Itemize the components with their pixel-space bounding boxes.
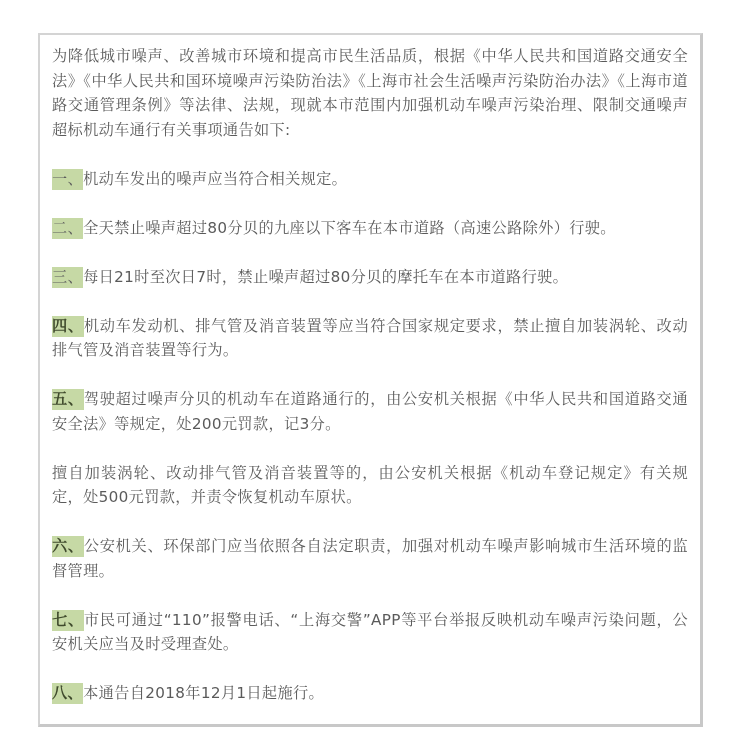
item-2-label: 二、 — [52, 218, 83, 239]
intro-paragraph: 为降低城市噪声、改善城市环境和提高市民生活品质，根据《中华人民共和国道路交通安全… — [52, 44, 688, 142]
item-8-label: 八、 — [52, 683, 83, 704]
item-7-label: 七、 — [52, 610, 84, 631]
item-8-text: 本通告自2018年12月1日起施行。 — [83, 684, 324, 702]
item-6-label: 六、 — [52, 536, 84, 557]
item-1-text: 机动车发出的噪声应当符合相关规定。 — [83, 170, 347, 188]
item-1-label: 一、 — [52, 169, 83, 190]
item-5-supplement: 擅自加装涡轮、改动排气管及消音装置等的，由公安机关根据《机动车登记规定》有关规定… — [52, 461, 688, 510]
item-8: 八、本通告自2018年12月1日起施行。 — [52, 681, 688, 706]
item-5: 五、驾驶超过噪声分贝的机动车在道路通行的，由公安机关根据《中华人民共和国道路交通… — [52, 387, 688, 436]
item-5-label: 五、 — [52, 389, 84, 410]
item-6: 六、公安机关、环保部门应当依照各自法定职责，加强对机动车噪声影响城市生活环境的监… — [52, 534, 688, 583]
item-5-text: 驾驶超过噪声分贝的机动车在道路通行的，由公安机关根据《中华人民共和国道路交通安全… — [52, 390, 688, 433]
item-6-text: 公安机关、环保部门应当依照各自法定职责，加强对机动车噪声影响城市生活环境的监督管… — [52, 537, 688, 580]
item-3: 三、每日21时至次日7时，禁止噪声超过80分贝的摩托车在本市道路行驶。 — [52, 265, 688, 290]
item-3-label: 三、 — [52, 267, 83, 288]
item-2-text: 全天禁止噪声超过80分贝的九座以下客车在本市道路（高速公路除外）行驶。 — [83, 219, 616, 237]
item-7-text: 市民可通过“110”报警电话、“上海交警”APP等平台举报反映机动车噪声污染问题… — [52, 611, 688, 654]
notice-box: 为降低城市噪声、改善城市环境和提高市民生活品质，根据《中华人民共和国道路交通安全… — [38, 33, 703, 727]
item-3-text: 每日21时至次日7时，禁止噪声超过80分贝的摩托车在本市道路行驶。 — [83, 268, 568, 286]
item-1: 一、机动车发出的噪声应当符合相关规定。 — [52, 167, 688, 192]
item-2: 二、全天禁止噪声超过80分贝的九座以下客车在本市道路（高速公路除外）行驶。 — [52, 216, 688, 241]
item-7: 七、市民可通过“110”报警电话、“上海交警”APP等平台举报反映机动车噪声污染… — [52, 608, 688, 657]
item-4: 四、机动车发动机、排气管及消音装置等应当符合国家规定要求，禁止擅自加装涡轮、改动… — [52, 314, 688, 363]
item-4-text: 机动车发动机、排气管及消音装置等应当符合国家规定要求，禁止擅自加装涡轮、改动排气… — [52, 317, 688, 360]
item-4-label: 四、 — [52, 316, 84, 337]
